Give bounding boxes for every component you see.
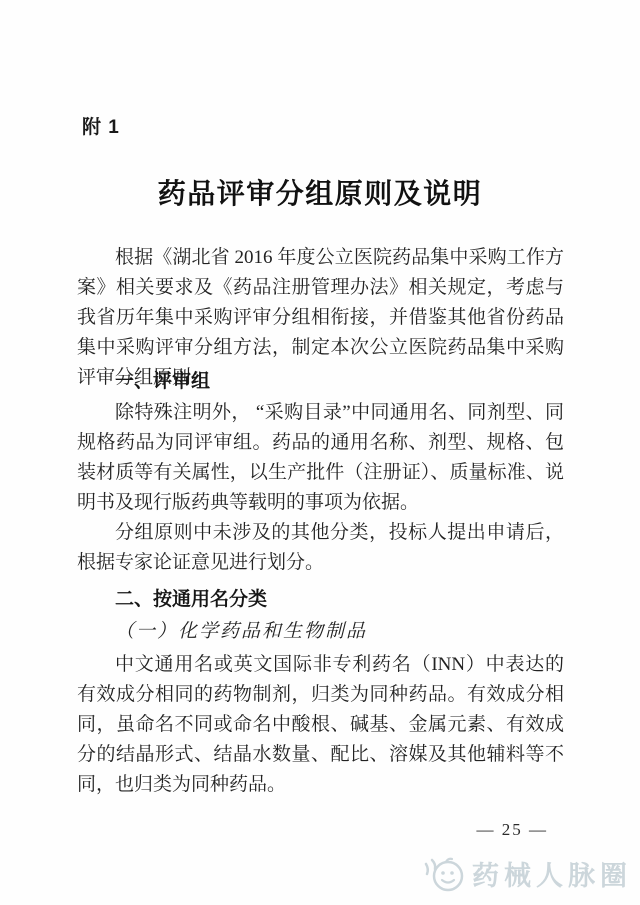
watermark: 药械人脉圈 [422,852,632,894]
section-2-subheading: （一）化学药品和生物制品 [77,617,564,647]
attachment-label: 附 1 [82,112,120,139]
mascot-face-icon [422,852,466,894]
watermark-text: 药械人脉圈 [472,854,632,893]
section-1-paragraph-1: 除特殊注明外， “采购目录”中同通用名、同剂型、同规格药品为同评审组。药品的通用… [77,398,564,518]
section-1-heading: 一、评审组 [77,367,564,397]
section-2-paragraph-1: 中文通用名或英文国际非专利药名（INN）中表达的有效成分相同的药物制剂，归类为同… [77,650,564,800]
document-page: 附 1 药品评审分组原则及说明 根据《湖北省 2016 年度公立医院药品集中采购… [0,0,640,905]
page-number: — 25 — [477,820,549,840]
section-1-paragraph-2: 分组原则中未涉及的其他分类，投标人提出申请后，根据专家论证意见进行划分。 [77,518,564,578]
section-2-heading: 二、按通用名分类 [77,585,564,615]
page-title: 药品评审分组原则及说明 [0,172,640,212]
